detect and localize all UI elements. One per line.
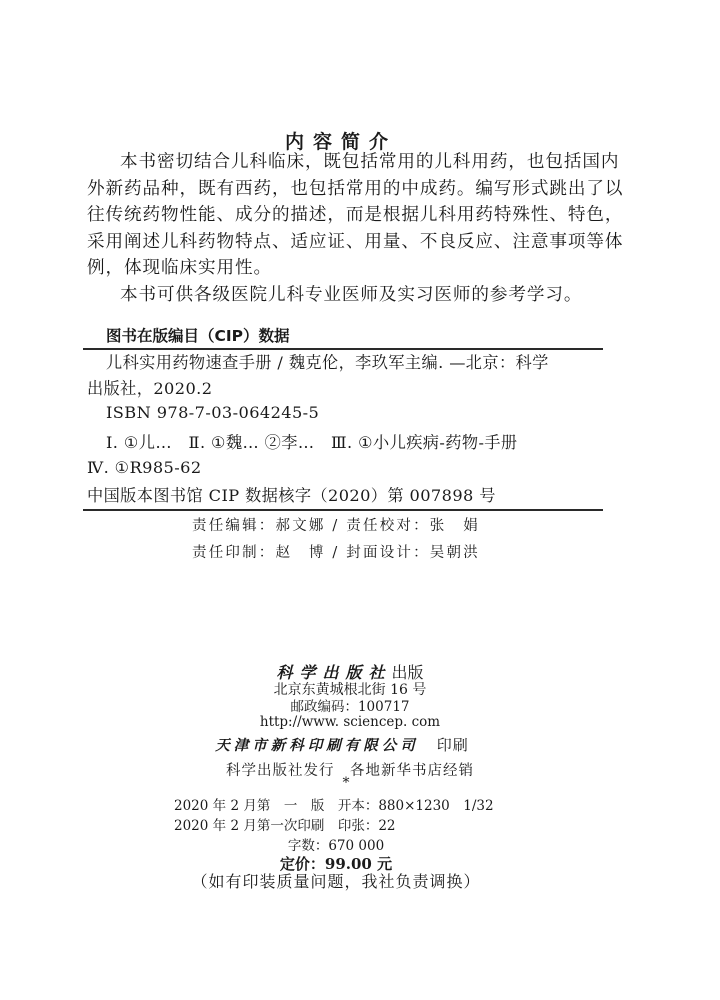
- publisher-line: 科学出版社出版: [0, 660, 700, 683]
- intro-line: 往传统药物性能、成分的描述，而是根据儿科用药特殊性、特色，: [87, 202, 603, 229]
- cip-bottom-rule: [83, 509, 603, 511]
- intro-line: 外新药品种，既有西药，也包括常用的中成药。编写形式跳出了以: [87, 176, 603, 203]
- cip-top-rule: [83, 348, 603, 350]
- publisher-name: 科学出版社: [276, 663, 391, 682]
- cip-subjects-line-2: Ⅳ. ①R985-62: [87, 457, 202, 479]
- intro-line: 本书密切结合儿科临床，既包括常用的儿科用药，也包括国内: [87, 149, 603, 176]
- printing-line: 2020 年 2 月第一次印刷 印张：22: [174, 817, 396, 835]
- quality-notice: （如有印装质量问题，我社负责调换）: [0, 869, 686, 892]
- credits-line-2: 责任印制：赵 博 / 封面设计：吴朝洪: [192, 543, 480, 563]
- cip-isbn: ISBN 978-7-03-064245-5: [106, 402, 319, 424]
- printer-name: 天津市新科印刷有限公司: [215, 737, 419, 754]
- printer-line: 天津市新科印刷有限公司印刷: [0, 734, 692, 755]
- cip-record-number: 中国版本图书馆 CIP 数据核字（2020）第 007898 号: [87, 485, 496, 507]
- intro-line: 采用阐述儿科药物特点、适应证、用量、不良反应、注意事项等体: [87, 229, 603, 256]
- intro-paragraph-2: 本书可供各级医院儿科专业医师及实习医师的参考学习。: [87, 282, 603, 309]
- credits-line-1: 责任编辑：郝文娜 / 责任校对：张 娟: [192, 516, 480, 536]
- edition-line: 2020 年 2 月第 一 版 开本：880×1230 1/32: [174, 797, 494, 815]
- cip-subjects-line-1: Ⅰ. ①儿… Ⅱ. ①魏… ②李… Ⅲ. ①小儿疾病-药物-手册: [106, 432, 518, 454]
- separator-star: *: [0, 775, 696, 791]
- publisher-suffix: 出版: [392, 663, 424, 682]
- intro-line: 例，体现临床实用性。: [87, 255, 603, 282]
- cip-entry-line-2: 出版社，2020.2: [87, 378, 212, 400]
- publisher-website: http://www. sciencep. com: [0, 713, 700, 731]
- printer-suffix: 印刷: [437, 736, 469, 754]
- intro-paragraph-1: 本书密切结合儿科临床，既包括常用的儿科用药，也包括国内 外新药品种，既有西药，也…: [87, 149, 603, 308]
- cip-heading: 图书在版编目（CIP）数据: [106, 326, 290, 346]
- publisher-address: 北京东黄城根北街 16 号: [0, 681, 700, 699]
- cip-entry-line-1: 儿科实用药物速查手册 / 魏克伦，李玖军主编. —北京：科学: [106, 352, 549, 374]
